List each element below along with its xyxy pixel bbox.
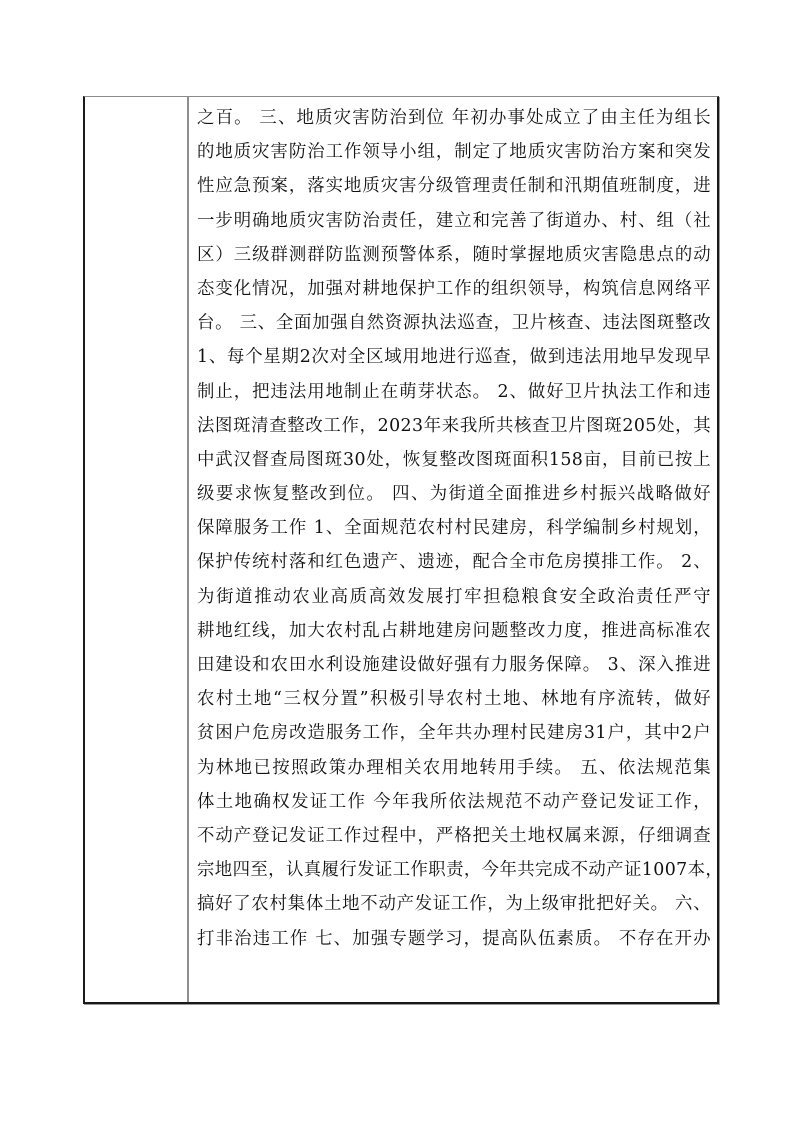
content-line: 一步明确地质灾害防治责任，建立和完善了街道办、村、组（社 <box>197 204 711 238</box>
content-line: 性应急预案，落实地质灾害分级管理责任制和汛期值班制度，进 <box>197 169 711 203</box>
content-line: 为街道推动农业高质高效发展打牢担稳粮食安全政治责任严守 <box>197 580 711 614</box>
content-line: 搞好了农村集体土地不动产发证工作，为上级审批把好关。 六、 <box>197 887 711 921</box>
content-line: 保护传统村落和红色遗产、遗迹，配合全市危房摸排工作。 2、 <box>197 545 711 579</box>
content-line: 宗地四至，认真履行发证工作职责，今年共完成不动产证1007本， <box>197 853 711 887</box>
content-line: 中武汉督查局图斑30处，恢复整改图斑面积158亩，目前已按上 <box>197 443 711 477</box>
document-page: 之百。 三、地质灾害防治到位 年初办事处成立了由主任为组长 的地质灾害防治工作领… <box>0 0 794 1122</box>
content-line: 耕地红线，加大农村乱占耕地建房问题整改力度，推进高标准农 <box>197 614 711 648</box>
table-content-cell: 之百。 三、地质灾害防治到位 年初办事处成立了由主任为组长 的地质灾害防治工作领… <box>189 97 717 1002</box>
content-line: 打非治违工作 七、加强专题学习，提高队伍素质。 不存在开办 <box>197 922 711 956</box>
content-line: 之百。 三、地质灾害防治到位 年初办事处成立了由主任为组长 <box>197 101 711 135</box>
content-line: 贫困户危房改造服务工作，全年共办理村民建房31户，其中2户 <box>197 716 711 750</box>
content-line: 的地质灾害防治工作领导小组，制定了地质灾害防治方案和突发 <box>197 135 711 169</box>
content-line: 区）三级群测群防监测预警体系，随时掌握地质灾害隐患点的动 <box>197 238 711 272</box>
content-line: 田建设和农田水利设施建设做好强有力服务保障。 3、深入推进 <box>197 648 711 682</box>
report-table: 之百。 三、地质灾害防治到位 年初办事处成立了由主任为组长 的地质灾害防治工作领… <box>83 96 719 1004</box>
content-line: 保障服务工作 1、全面规范农村村民建房，科学编制乡村规划， <box>197 511 711 545</box>
content-line: 1、每个星期2次对全区域用地进行巡查，做到违法用地早发现早 <box>197 340 711 374</box>
content-line: 农村土地“三权分置”积极引导农村土地、林地有序流转，做好 <box>197 682 711 716</box>
content-line: 法图斑清查整改工作，2023年来我所共核查卫片图斑205处，其 <box>197 409 711 443</box>
table-label-cell <box>85 97 189 1002</box>
content-line: 制止，把违法用地制止在萌芽状态。 2、做好卫片执法工作和违 <box>197 375 711 409</box>
content-line: 不动产登记发证工作过程中，严格把关土地权属来源，仔细调查 <box>197 819 711 853</box>
content-line: 级要求恢复整改到位。 四、为街道全面推进乡村振兴战略做好 <box>197 477 711 511</box>
content-line: 态变化情况，加强对耕地保护工作的组织领导，构筑信息网络平 <box>197 272 711 306</box>
content-line: 台。 三、全面加强自然资源执法巡查，卫片核查、违法图斑整改 <box>197 306 711 340</box>
content-line: 为林地已按照政策办理相关农用地转用手续。 五、依法规范集 <box>197 751 711 785</box>
content-line: 体土地确权发证工作 今年我所依法规范不动产登记发证工作， <box>197 785 711 819</box>
